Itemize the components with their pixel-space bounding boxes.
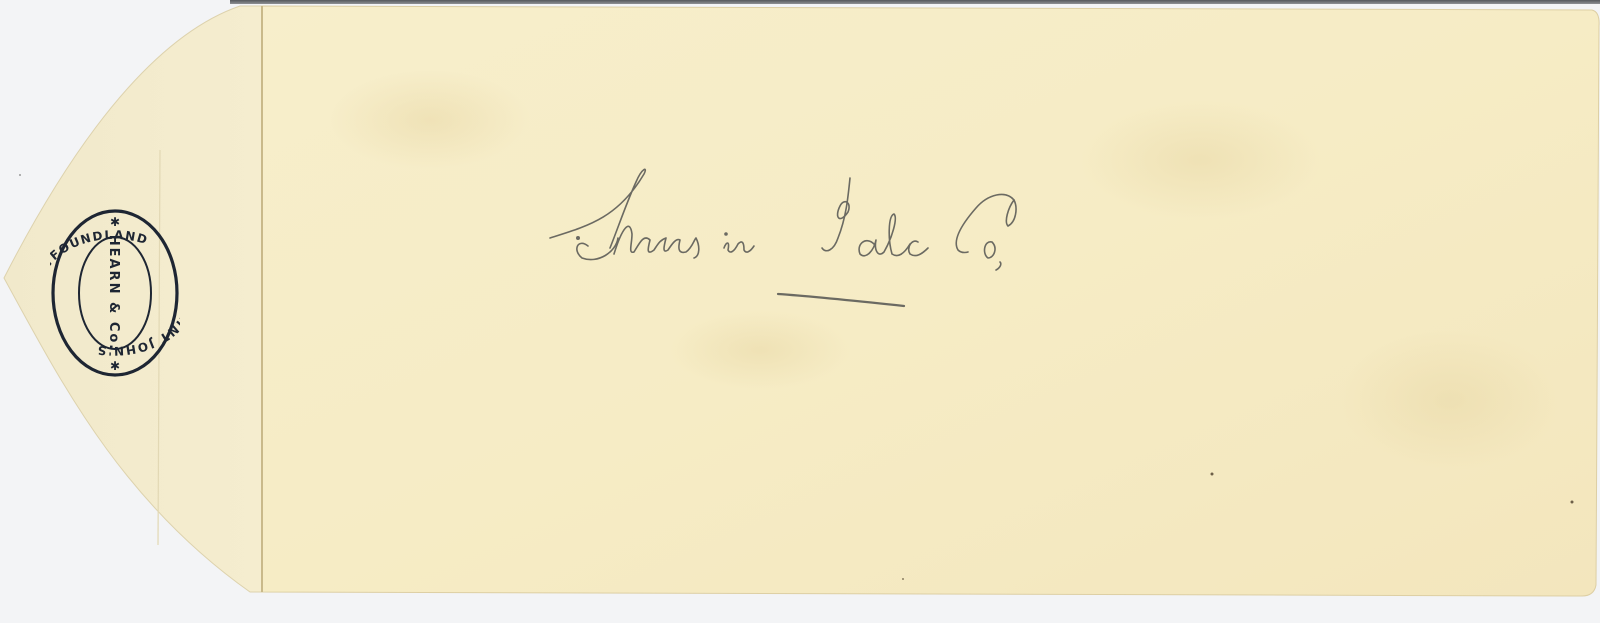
svg-text:NEWFOUNDLAND: NEWFOUNDLAND — [50, 228, 150, 294]
envelope: SAINT JOHN'S NEWFOUNDLAND HEARN & Co. ✱ … — [0, 0, 1600, 623]
stamp-star-top: ✱ — [110, 215, 120, 229]
handwritten-inscription — [548, 168, 1028, 318]
stamp-star-bottom: ✱ — [110, 359, 120, 373]
stamp-text-bottom: NEWFOUNDLAND — [50, 228, 150, 294]
stamp-text-center: HEARN & Co. — [106, 235, 121, 352]
company-stamp: SAINT JOHN'S NEWFOUNDLAND HEARN & Co. ✱ … — [50, 208, 180, 378]
